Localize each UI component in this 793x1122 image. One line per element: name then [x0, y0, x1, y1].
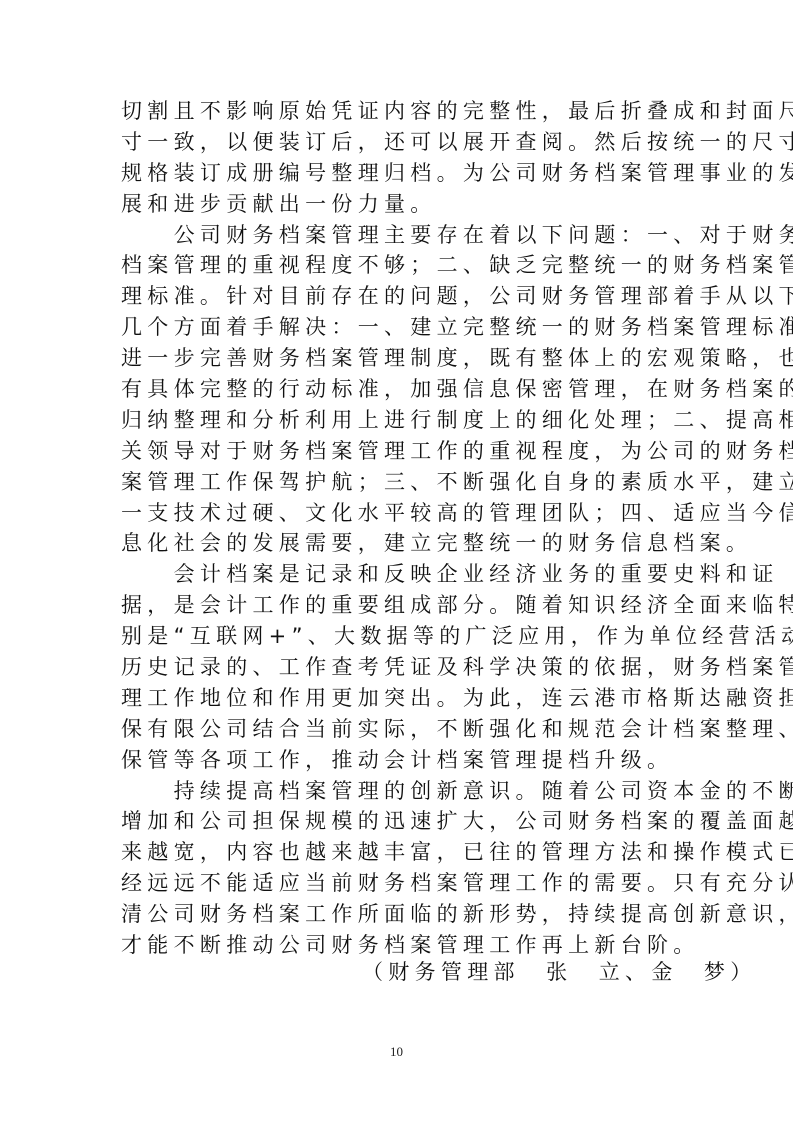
text-line: 增加和公司担保规模的迅速扩大，公司财务档案的覆盖面越: [121, 806, 677, 837]
document-page: 切割且不影响原始凭证内容的完整性，最后折叠成和封面尺 寸一致，以便装订后，还可以…: [0, 0, 793, 1122]
text-line: 历史记录的、工作查考凭证及科学决策的依据，财务档案管: [121, 652, 677, 683]
text-line: 切割且不影响原始凭证内容的完整性，最后折叠成和封面尺: [121, 96, 677, 127]
text-line: 几个方面着手解决：一、建立完整统一的财务档案管理标准。: [121, 312, 677, 343]
text-line: 据，是会计工作的重要组成部分。随着知识经济全面来临特: [121, 590, 677, 621]
text-line: 来越宽，内容也越来越丰富，已往的管理方法和操作模式已: [121, 837, 677, 868]
text-line: 关领导对于财务档案管理工作的重视程度，为公司的财务档: [121, 436, 677, 467]
text-line: 保有限公司结合当前实际，不断强化和规范会计档案整理、: [121, 714, 677, 745]
author-signature: （财务管理部 张 立、金 梦）: [362, 957, 757, 987]
text-line: 有具体完整的行动标准，加强信息保密管理，在财务档案的: [121, 374, 677, 405]
text-line: 进一步完善财务档案管理制度，既有整体上的宏观策略，也: [121, 343, 677, 374]
page-number: 10: [0, 1044, 793, 1060]
text-line: 理标准。针对目前存在的问题，公司财务管理部着手从以下: [121, 281, 677, 312]
text-line: 档案管理的重视程度不够；二、缺乏完整统一的财务档案管: [121, 250, 677, 281]
text-line: 保管等各项工作，推动会计档案管理提档升级。: [121, 745, 677, 776]
paragraph-start-line: 会计档案是记录和反映企业经济业务的重要史料和证: [121, 559, 677, 590]
paragraph-start-line: 持续提高档案管理的创新意识。随着公司资本金的不断: [121, 776, 677, 807]
text-line: 息化社会的发展需要，建立完整统一的财务信息档案。: [121, 528, 677, 559]
text-line: 别是“互联网+”、大数据等的广泛应用，作为单位经营活动: [121, 621, 677, 652]
text-line: 案管理工作保驾护航；三、不断强化自身的素质水平，建立: [121, 467, 677, 498]
text-line: 经远远不能适应当前财务档案管理工作的需要。只有充分认: [121, 868, 677, 899]
text-line: 规格装订成册编号整理归档。为公司财务档案管理事业的发: [121, 158, 677, 189]
text-line: 一支技术过硬、文化水平较高的管理团队；四、适应当今信: [121, 498, 677, 529]
paragraph-start-line: 公司财务档案管理主要存在着以下问题：一、对于财务: [121, 220, 677, 251]
body-text: 切割且不影响原始凭证内容的完整性，最后折叠成和封面尺 寸一致，以便装订后，还可以…: [121, 96, 677, 961]
text-line: 展和进步贡献出一份力量。: [121, 189, 677, 220]
text-line: 归纳整理和分析利用上进行制度上的细化处理；二、提高相: [121, 405, 677, 436]
text-line: 寸一致，以便装订后，还可以展开查阅。然后按统一的尺寸、: [121, 127, 677, 158]
text-line: 理工作地位和作用更加突出。为此，连云港市格斯达融资担: [121, 683, 677, 714]
text-line: 清公司财务档案工作所面临的新形势，持续提高创新意识，: [121, 899, 677, 930]
